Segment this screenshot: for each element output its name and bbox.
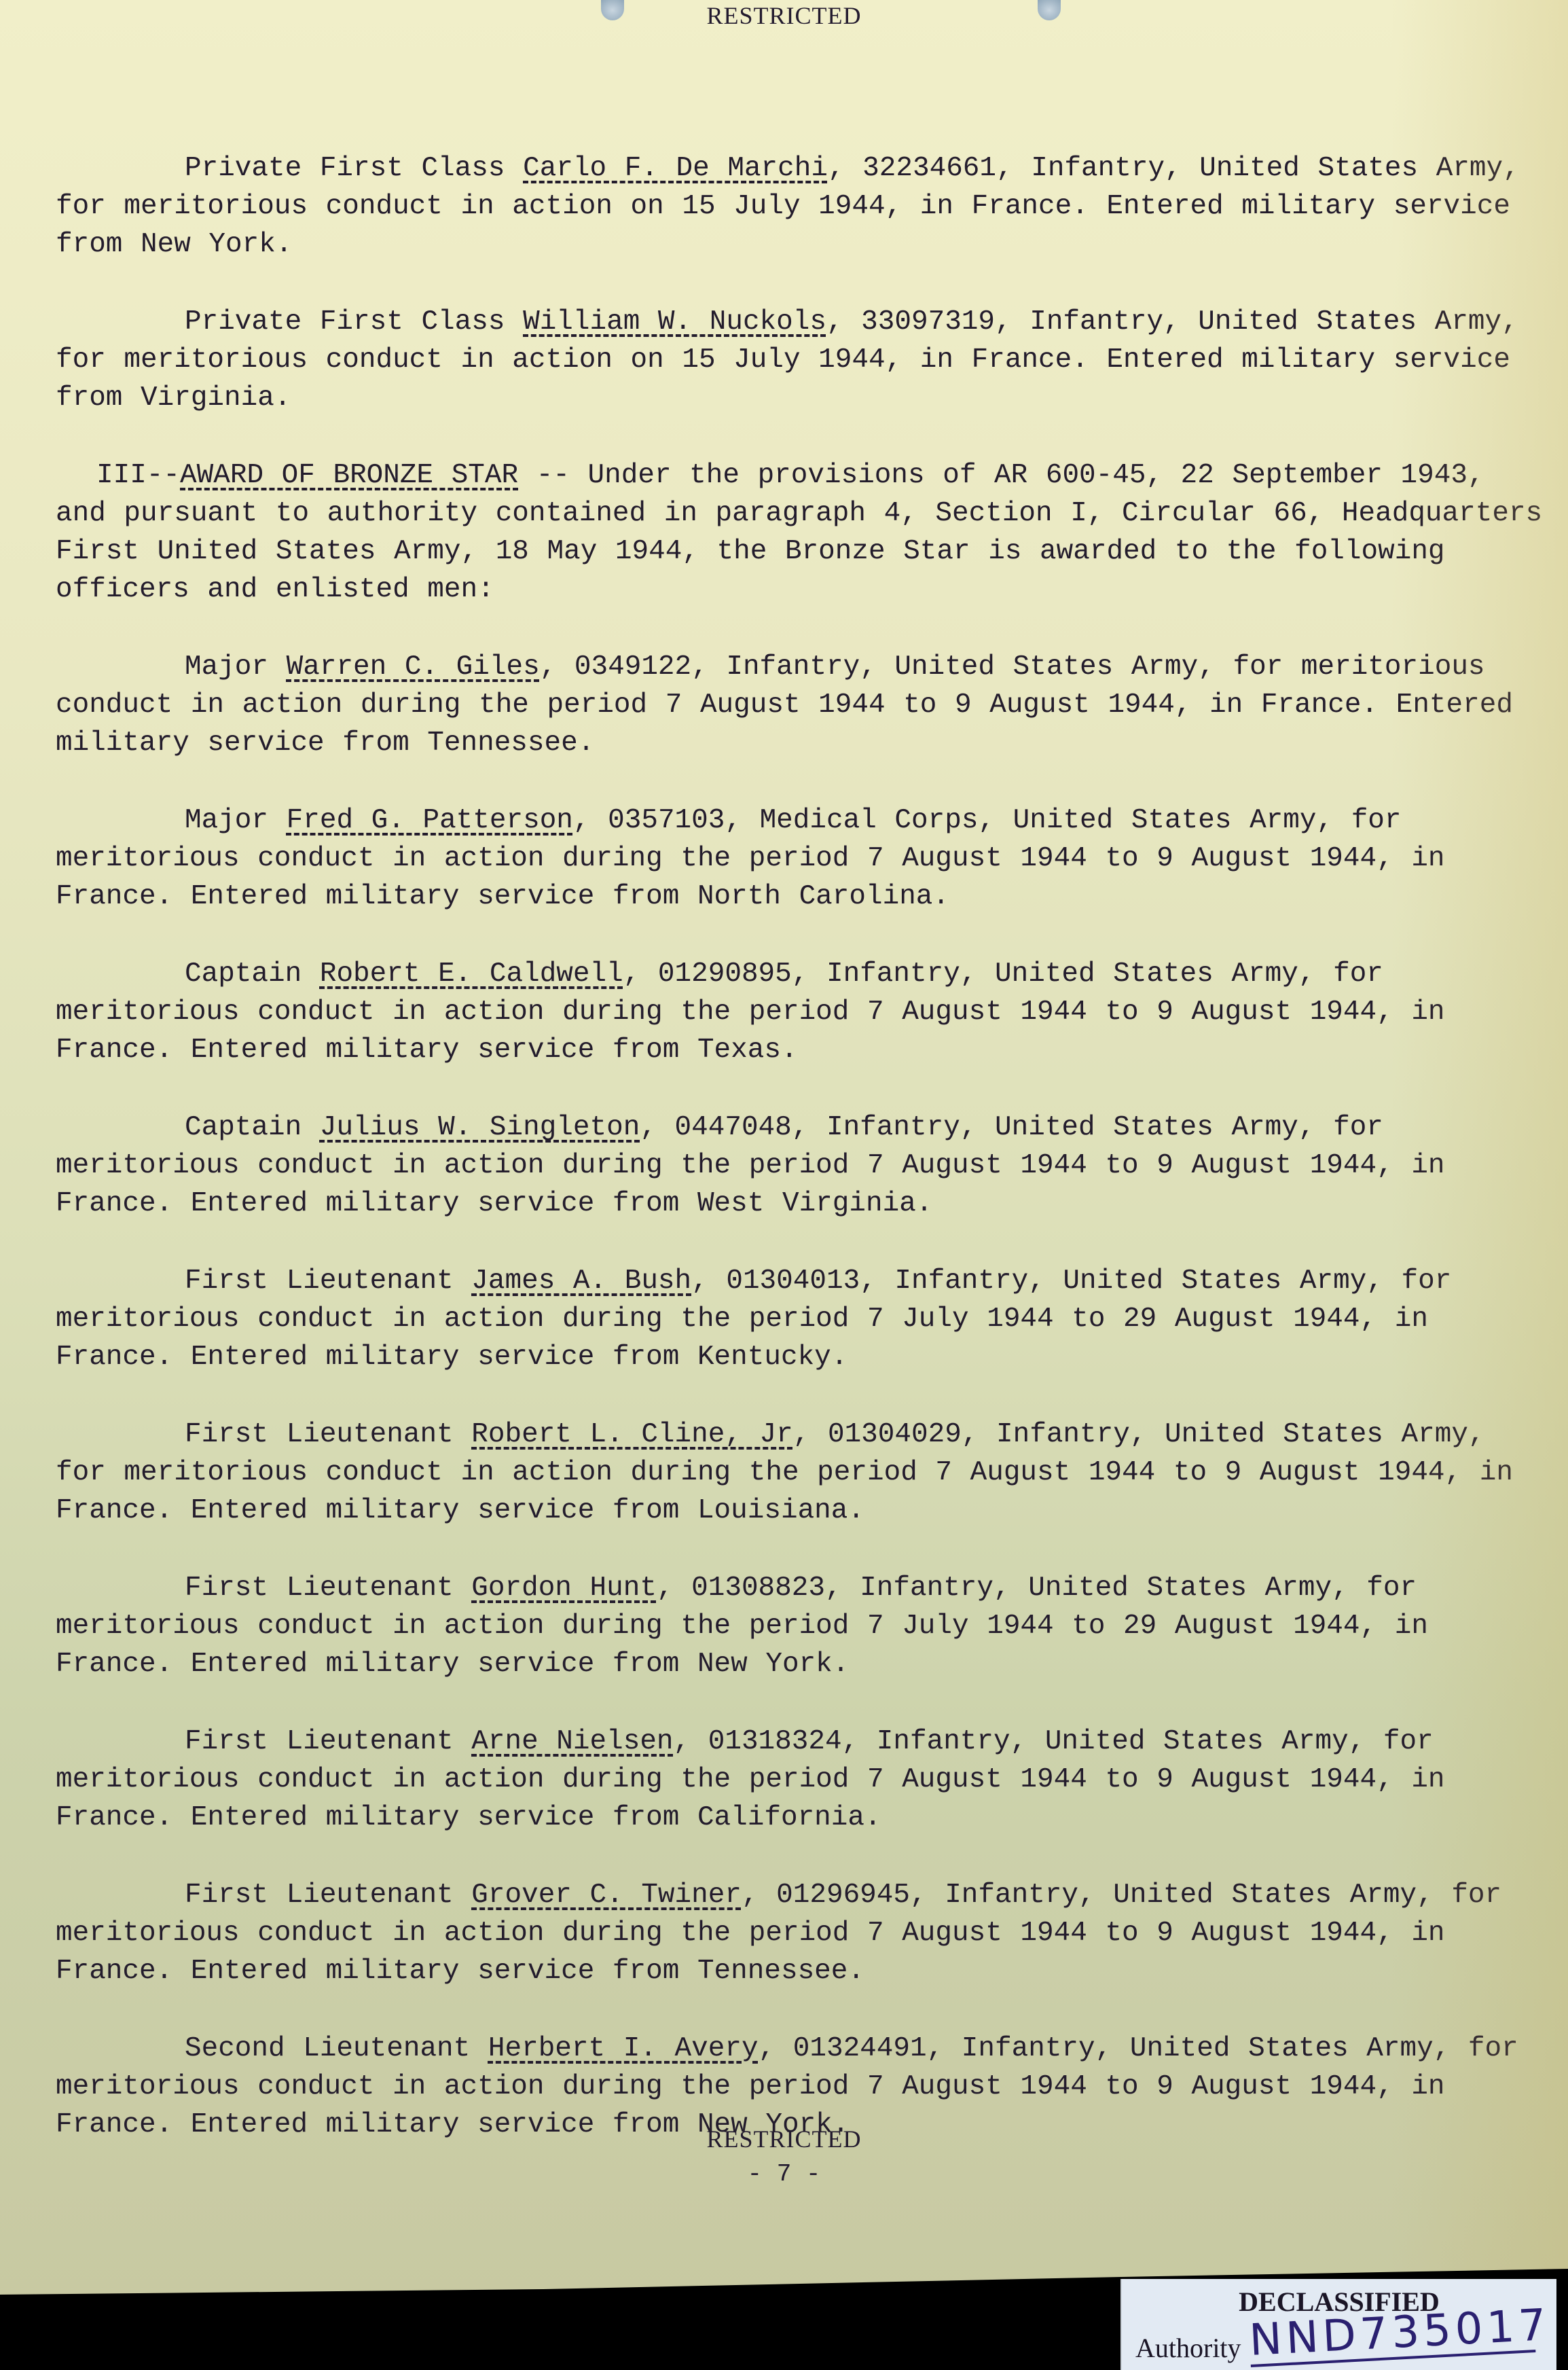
citation-name: James A. Bush <box>471 1265 691 1297</box>
citation-rank: Private First Class <box>185 306 505 338</box>
citation-rank: First Lieutenant <box>185 1265 454 1297</box>
citation-name: William W. Nuckols <box>523 306 826 338</box>
stamp-authority-label: Authority <box>1135 2332 1241 2364</box>
citation-paragraph: First Lieutenant Gordon Hunt, 01308823, … <box>56 1569 1550 1683</box>
citation-rank: First Lieutenant <box>185 1726 454 1757</box>
citation-rank: Second Lieutenant <box>185 2033 470 2064</box>
page-number: - 7 - <box>0 2160 1568 2188</box>
citation-paragraph: First Lieutenant Grover C. Twiner, 01296… <box>56 1876 1550 1990</box>
citation-name: Robert L. Cline, Jr <box>471 1419 792 1450</box>
citation-paragraph: Private First Class Carlo F. De Marchi, … <box>56 149 1550 264</box>
citation-name: Warren C. Giles <box>287 651 540 683</box>
document-body: Private First Class Carlo F. De Marchi, … <box>56 149 1550 2183</box>
citation-paragraph: Private First Class William W. Nuckols, … <box>56 303 1550 417</box>
citation-rank: Major <box>185 805 268 836</box>
citation-name: Grover C. Twiner <box>471 1880 742 1911</box>
document-page: RESTRICTED Private First Class Carlo F. … <box>0 0 1568 2296</box>
citation-rank: Captain <box>185 1112 302 1143</box>
citation-rank: First Lieutenant <box>185 1419 454 1450</box>
citation-name: Gordon Hunt <box>471 1573 657 1604</box>
citation-paragraph: Major Fred G. Patterson, 0357103, Medica… <box>56 802 1550 916</box>
citation-name: Carlo F. De Marchi <box>523 153 828 184</box>
citation-name: Arne Nielsen <box>471 1726 673 1757</box>
citation-name: Julius W. Singleton <box>320 1112 640 1143</box>
citation-name: Fred G. Patterson <box>287 805 573 836</box>
citation-rank: Major <box>185 651 268 683</box>
header-classification: RESTRICTED <box>0 1 1568 30</box>
citation-rank: Captain <box>185 958 302 990</box>
citation-paragraph: Captain Julius W. Singleton, 0447048, In… <box>56 1109 1550 1223</box>
citation-paragraph: Captain Robert E. Caldwell, 01290895, In… <box>56 955 1550 1069</box>
citation-rank: First Lieutenant <box>185 1573 454 1604</box>
section-number: III-- <box>96 460 180 491</box>
citation-rank: First Lieutenant <box>185 1880 454 1911</box>
citation-paragraph: Major Warren C. Giles, 0349122, Infantry… <box>56 648 1550 762</box>
citation-paragraph: First Lieutenant Robert L. Cline, Jr, 01… <box>56 1416 1550 1530</box>
declassified-stamp: DECLASSIFIED Authority NND735017 <box>1120 2279 1556 2370</box>
section-heading-paragraph: III--AWARD OF BRONZE STAR -- Under the p… <box>56 456 1550 609</box>
citation-paragraph: First Lieutenant James A. Bush, 01304013… <box>56 1262 1550 1376</box>
citation-name: Robert E. Caldwell <box>320 958 623 990</box>
footer-classification: RESTRICTED <box>0 2125 1568 2153</box>
citation-text: , 0349122, Infantry, United States Army,… <box>56 651 1513 759</box>
citation-name: Herbert I. Avery <box>488 2033 759 2064</box>
citation-paragraph: First Lieutenant Arne Nielsen, 01318324,… <box>56 1723 1550 1837</box>
citation-rank: Private First Class <box>185 153 505 184</box>
section-title: AWARD OF BRONZE STAR <box>180 460 518 491</box>
